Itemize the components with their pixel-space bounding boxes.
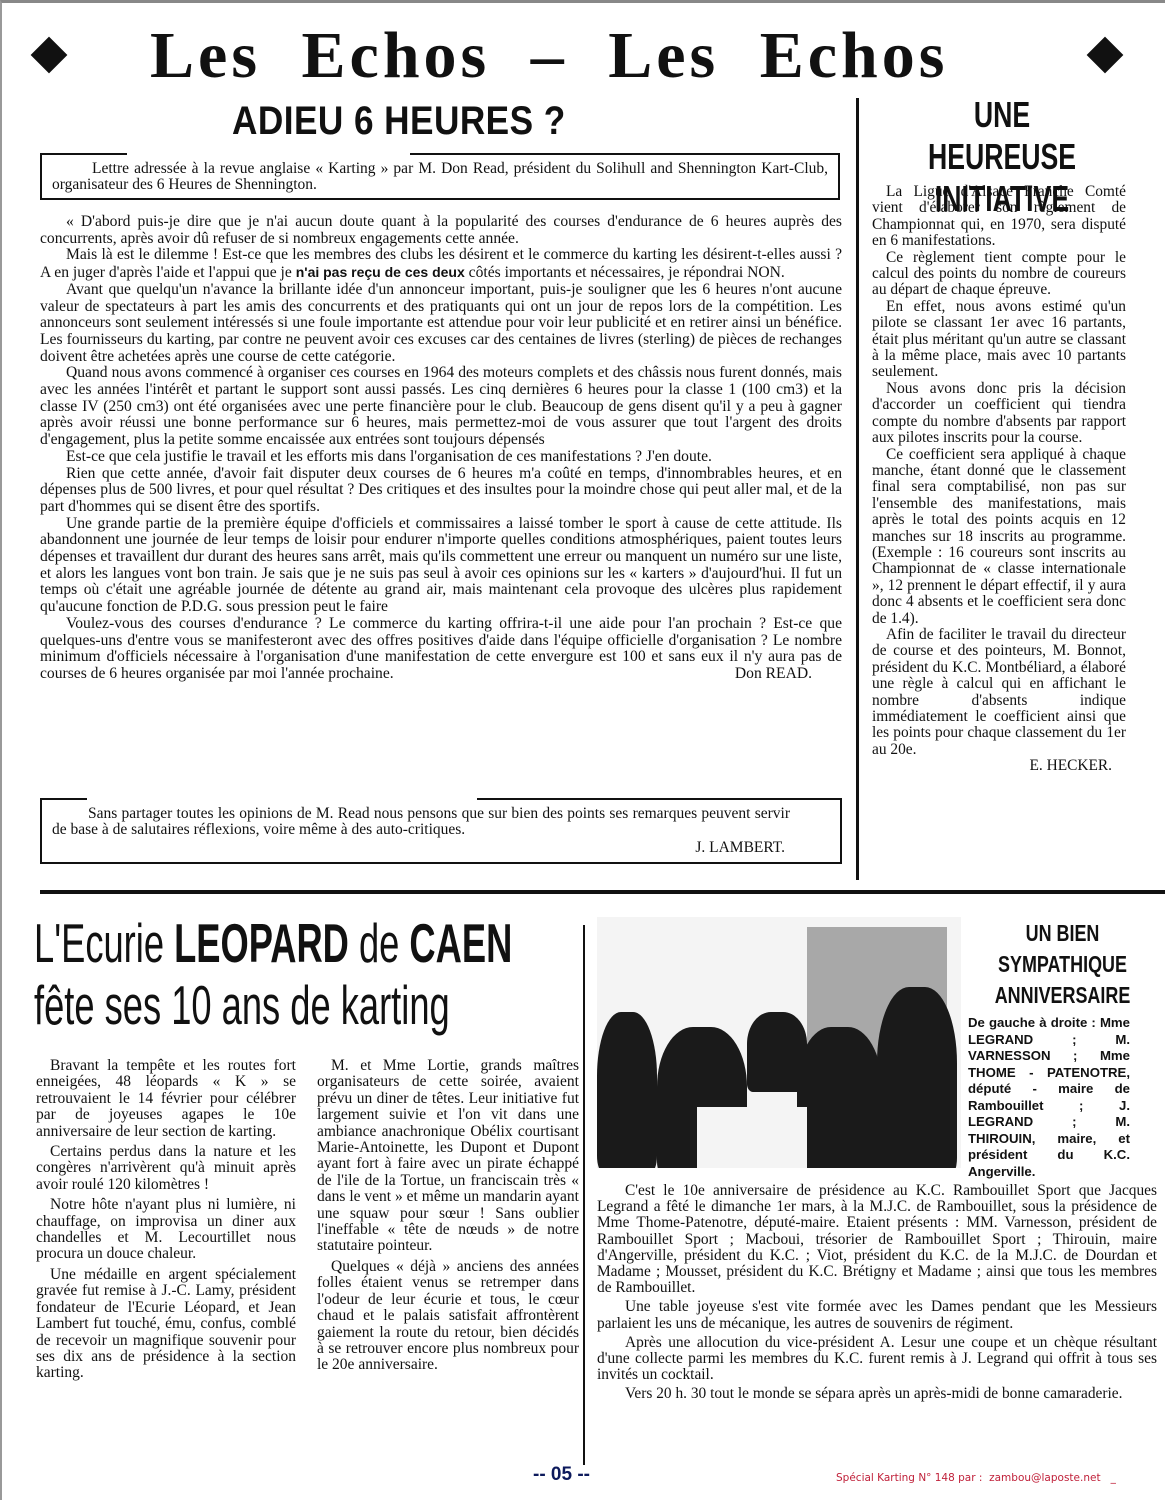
paragraph: Une médaille en argent spécialement grav… [36,1267,296,1382]
paragraph: Notre hôte n'ayant plus ni lumière, ni c… [36,1197,296,1263]
paragraph: En effet, nous avons estimé qu'un pilote… [872,299,1126,381]
section-divider [40,890,1165,894]
paragraph: Ce règlement tient compte pour le calcul… [872,250,1126,299]
outro-text: Sans partager toutes les opinions de M. … [52,806,830,838]
paragraph: Rien que cette année, d'avoir fait dispu… [40,466,842,516]
paragraph: Quelques « déjà » anciens des années fol… [317,1259,579,1374]
paragraph: Quand nous avons commencé à organiser ce… [40,365,842,449]
bold-phrase: n'ai pas reçu de ces deux [296,264,465,280]
paragraph: Certains perdus dans la nature et les co… [36,1144,296,1193]
leopard-column-2: M. et Mme Lortie, grands maîtres organis… [317,1058,579,1378]
signature: E. HECKER. [872,758,1126,774]
outro-signature: J. LAMBERT. [695,840,785,856]
paragraph: Ce coefficient sera appliqué à chaque ma… [872,447,1126,627]
column-divider [583,925,585,1465]
intro-text: Lettre adressée à la revue anglaise « Ka… [52,161,828,193]
diamond-bullet-icon [1087,37,1124,74]
headline-adieu: ADIEU 6 HEURES ? [232,98,566,144]
paragraph: Nous avons donc pris la décision d'accor… [872,381,1126,447]
paragraph: M. et Mme Lortie, grands maîtres organis… [317,1058,579,1255]
paragraph: « D'abord puis-je dire que je n'ai aucun… [40,214,842,247]
masthead-title: Les Echos – Les Echos [150,18,1010,94]
credit-line: Spécial Karting N° 148 par : zambou@lapo… [836,1472,1116,1484]
paragraph: Mais là est le dilemme ! Est-ce que les … [40,247,842,281]
diamond-bullet-icon [31,37,68,74]
initiative-body: La Ligue d'Alsace Franche Comté vient d'… [872,184,1126,775]
photo-caption: De gauche à droite : Mme LEGRAND ; M. VA… [968,1015,1130,1180]
intro-box: Lettre adressée à la revue anglaise « Ka… [40,153,840,200]
column-divider [856,98,859,880]
leopard-column-1: Bravant la tempête et les routes fort en… [36,1058,296,1386]
paragraph: Après une allocution du vice-président A… [597,1335,1157,1384]
paragraph: La Ligue d'Alsace Franche Comté vient d'… [872,184,1126,250]
headline-leopard: L'Ecurie LEOPARD de CAEN fête ses 10 ans… [34,912,390,1036]
group-photo [597,917,961,1168]
anniversaire-body: C'est le 10e anniversaire de présidence … [597,1183,1157,1406]
paragraph: Vers 20 h. 30 tout le monde se sépara ap… [597,1386,1157,1402]
paragraph: Bravant la tempête et les routes fort en… [36,1058,296,1140]
paragraph: Est-ce que cela justifie le travail et l… [40,449,842,466]
masthead: Les Echos – Les Echos [0,18,1165,88]
paragraph: Avant que quelqu'un n'avance la brillant… [40,282,842,366]
paragraph: Une table joyeuse s'est vite formée avec… [597,1299,1157,1331]
letter-body: « D'abord puis-je dire que je n'ai aucun… [40,214,842,682]
paragraph: Une grande partie de la première équipe … [40,516,842,616]
outro-box: Sans partager toutes les opinions de M. … [40,798,842,864]
page-number: -- 05 -- [533,1464,590,1486]
headline-anniversaire: UN BIEN SYMPATHIQUE ANNIVERSAIRE [983,918,1143,1011]
paragraph: C'est le 10e anniversaire de présidence … [597,1183,1157,1296]
paragraph: Afin de faciliter le travail du directeu… [872,627,1126,758]
